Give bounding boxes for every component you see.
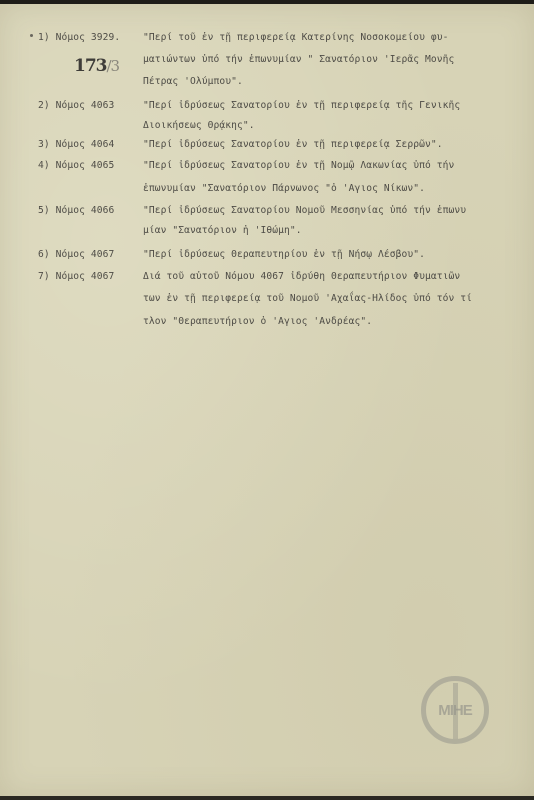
entry-7-number: 7) Νόμος 4067: [38, 271, 114, 282]
entry-3-line-1: "Περί ἱδρύσεως Σανατορίου ἐν τῇ περιφερε…: [143, 139, 443, 150]
entry-7-line-1: Διά τοῦ αὐτοῦ Νόμου 4067 ἱδρύθη Θεραπευτ…: [143, 271, 460, 282]
entry-2-number: 2) Νόμος 4063: [38, 100, 114, 111]
entry-4-line-2: ἐπωνυμίαν "Σανατόριον Πάρνωνος "ὁ 'Αγιος…: [143, 183, 425, 194]
entry-1-line-1: "Περί τοῦ ἐν τῇ περιφερείᾳ Κατερίνης Νοσ…: [143, 32, 449, 43]
scan-bottom-edge: [0, 796, 534, 800]
entry-1-line-2: ματιώντων ὑπό τήν ἐπωνυμίαν " Σανατόριον…: [143, 54, 454, 65]
entry-4-line-1: "Περί ἱδρύσεως Σανατορίου ἐν τῇ Νομῷ Λακ…: [143, 160, 454, 171]
entry-3-number: 3) Νόμος 4064: [38, 139, 114, 150]
entry-5-number: 5) Νόμος 4066: [38, 205, 114, 216]
reference-number-main: 173: [74, 56, 107, 76]
entry-7-line-3: τλον "Θεραπευτήριον ὁ 'Αγιος 'Ανδρέας".: [143, 316, 372, 327]
entry-1-line-3: Πέτρας 'Ολύμπου".: [143, 76, 243, 87]
stamp-cross-bar: [453, 683, 458, 739]
document-page: 1) Νόμος 3929. "Περί τοῦ ἐν τῇ περιφερεί…: [0, 4, 534, 796]
archive-stamp-icon: ΜΙΗΕ: [421, 676, 489, 744]
reference-number: 173/3: [74, 56, 119, 76]
entry-7-line-2: των ἐν τῇ περιφερείᾳ τοῦ Νομοῦ 'Αχαΐας-Η…: [143, 293, 472, 304]
entry-6-line-1: "Περί ἱδρύσεως Θεραπευτηρίου ἐν τῇ Νήσῳ …: [143, 249, 425, 260]
margin-mark: [30, 34, 33, 37]
reference-number-suffix: /3: [107, 57, 120, 75]
entry-2-line-1: "Περί ἱδρύσεως Σανατορίου ἐν τῇ περιφερε…: [143, 100, 460, 111]
entry-5-line-2: μίαν "Σανατόριον ἡ 'Ιθώμη".: [143, 225, 302, 236]
entry-2-line-2: Διοικήσεως Θρᾴκης".: [143, 120, 255, 131]
entry-5-line-1: "Περί ἱδρύσεως Σανατορίου Νομοῦ Μεσσηνία…: [143, 205, 466, 216]
entry-1-number: 1) Νόμος 3929.: [38, 32, 120, 43]
entry-6-number: 6) Νόμος 4067: [38, 249, 114, 260]
entry-4-number: 4) Νόμος 4065: [38, 160, 114, 171]
